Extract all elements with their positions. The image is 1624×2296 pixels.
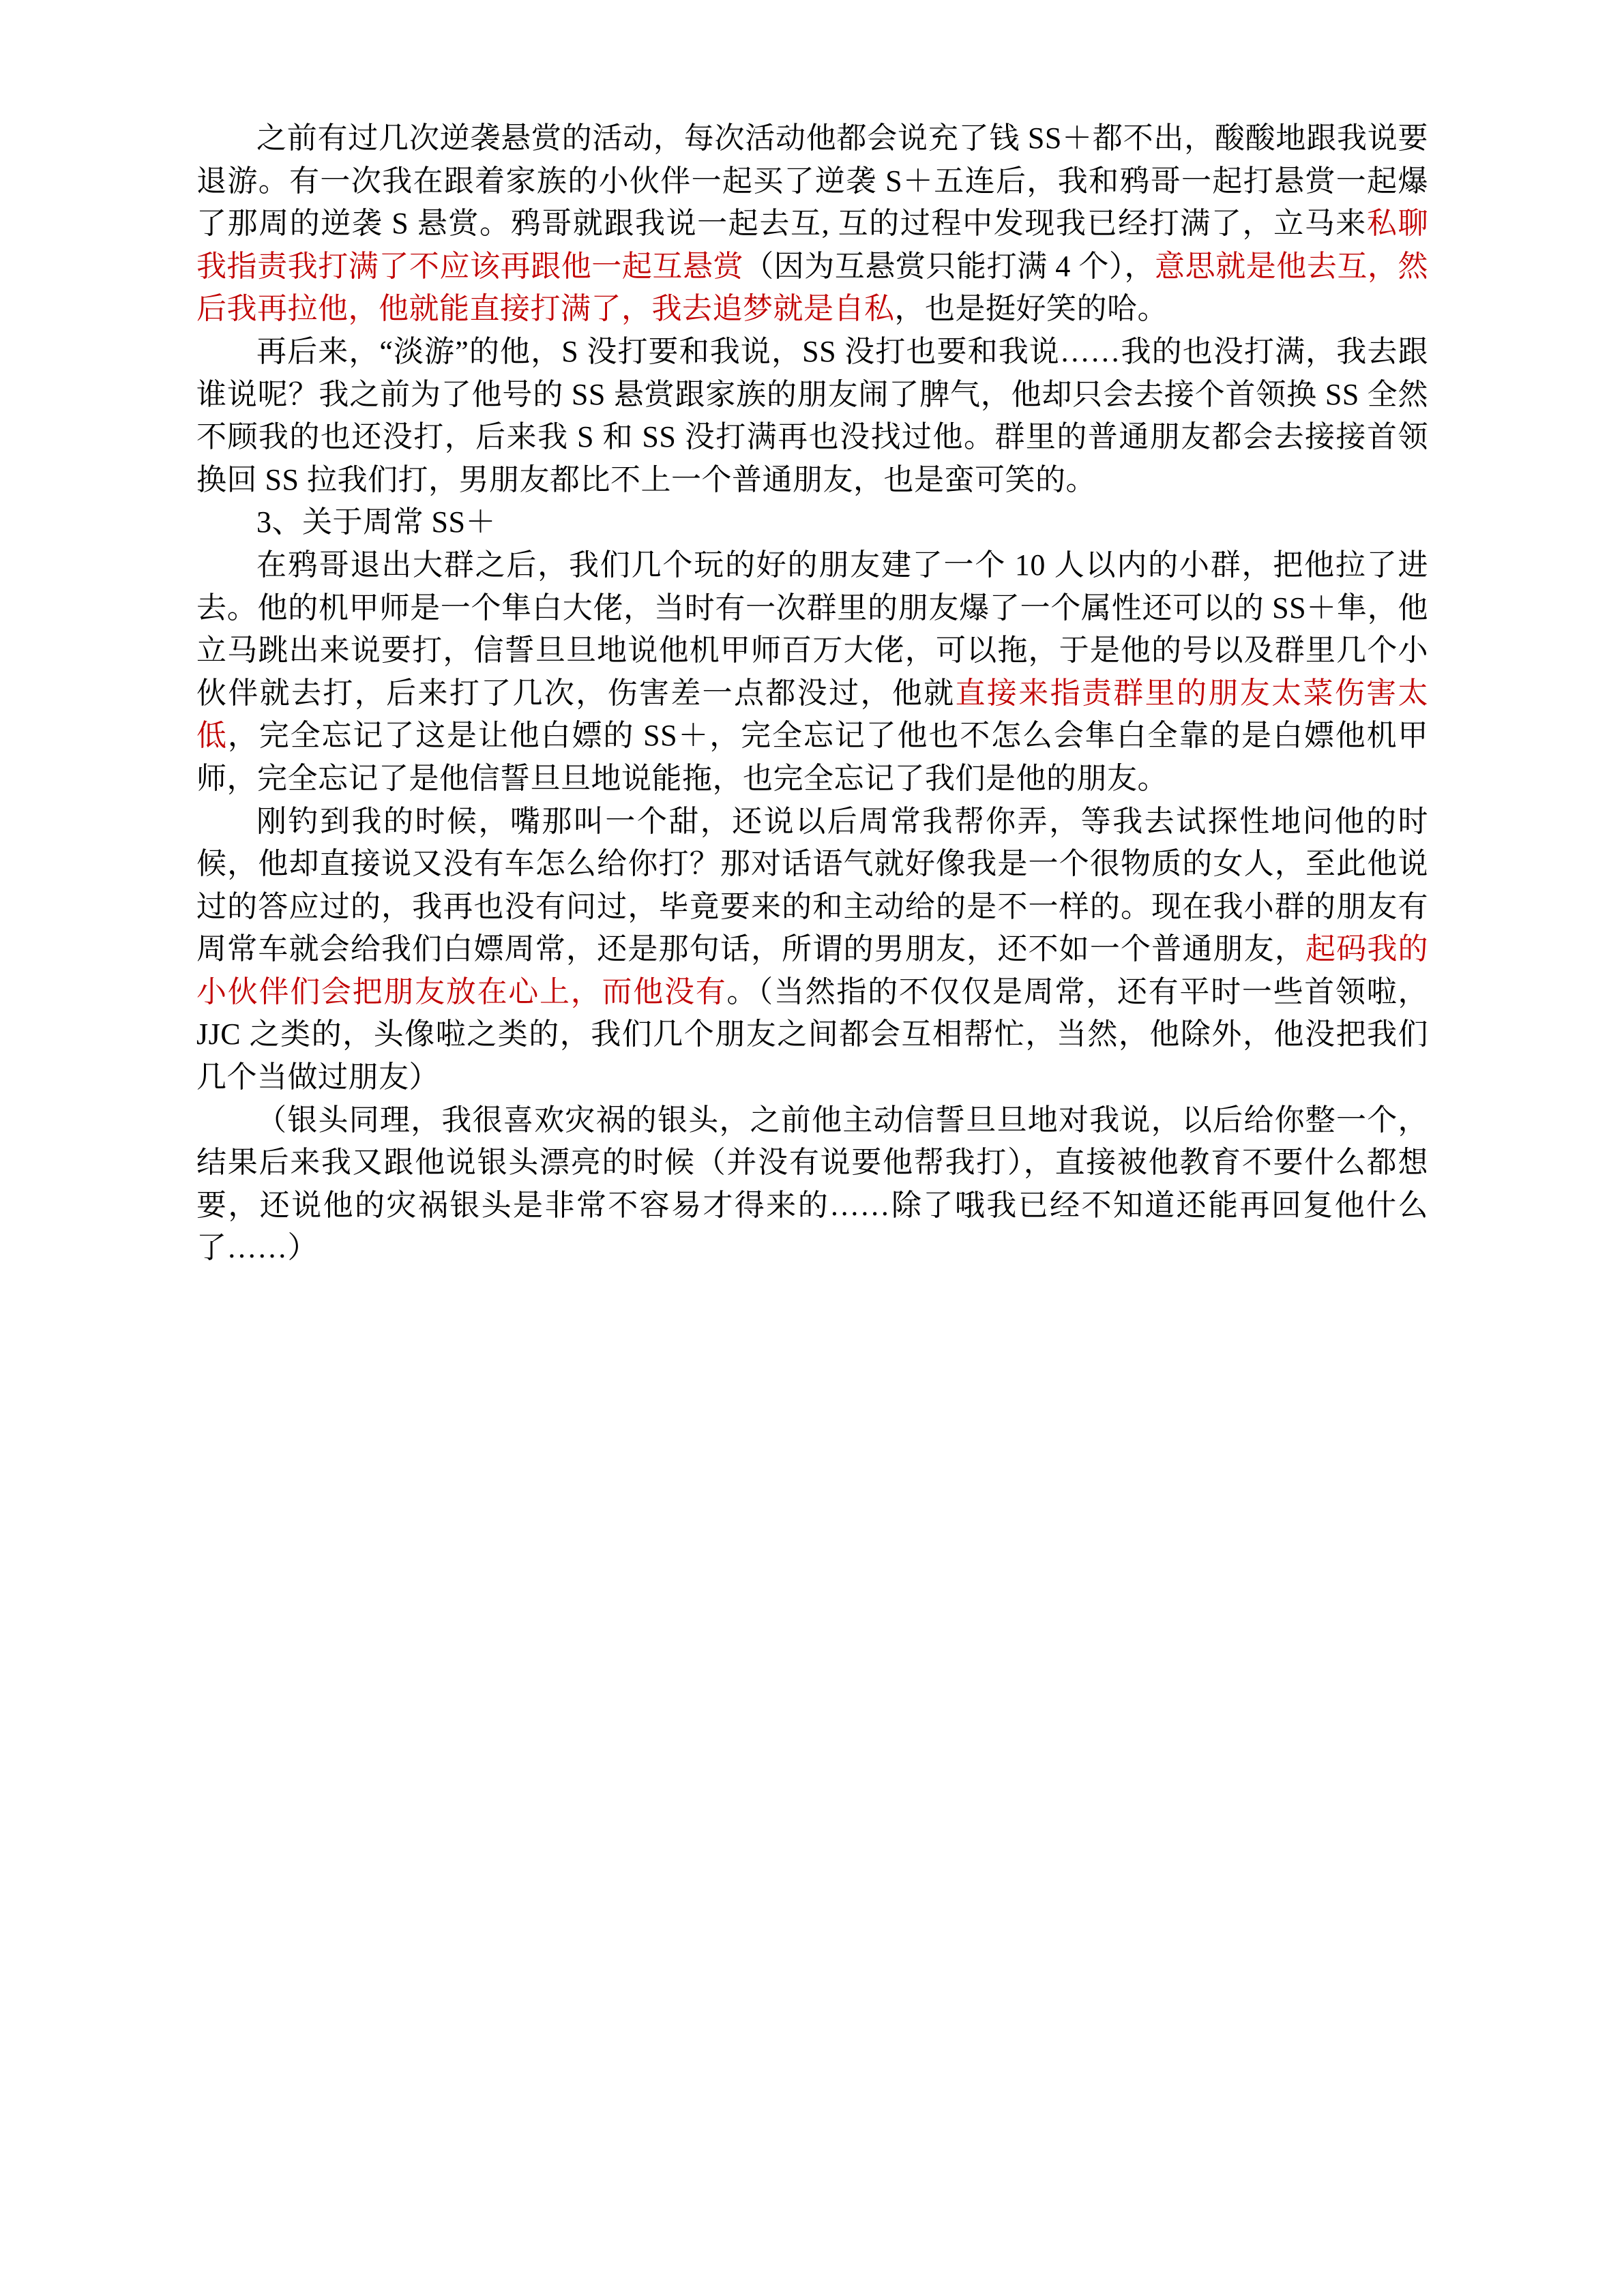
paragraph-3: 在鸦哥退出大群之后，我们几个玩的好的朋友建了一个 10 人以内的小群，把他拉了进…: [196, 544, 1428, 801]
paragraph-1: 之前有过几次逆袭悬赏的活动，每次活动他都会说充了钱 SS＋都不出，酸酸地跟我说要…: [196, 117, 1428, 331]
section-heading: 3、关于周常 SS＋: [196, 501, 1428, 544]
paragraph-2: 再后来，“淡游”的他，S 没打要和我说，SS 没打也要和我说……我的也没打满，我…: [196, 331, 1428, 501]
paragraph-5: （银头同理，我很喜欢灾祸的银头，之前他主动信誓旦旦地对我说，以后给你整一个，结果…: [196, 1099, 1428, 1270]
document-page: 之前有过几次逆袭悬赏的活动，每次活动他都会说充了钱 SS＋都不出，酸酸地跟我说要…: [0, 0, 1624, 2296]
text-run: 刚钓到我的时候，嘴那叫一个甜，还说以后周常我帮你弄，等我去试探性地问他的时候，他…: [196, 805, 1428, 966]
text-run: 之前有过几次逆袭悬赏的活动，每次活动他都会说充了钱 SS＋都不出，酸酸地跟我说要…: [196, 121, 1428, 240]
text-run: 再后来，“淡游”的他，S 没打要和我说，SS 没打也要和我说……我的也没打满，我…: [196, 335, 1428, 496]
text-run: （因为互悬赏只能打满 4 个），: [743, 250, 1155, 283]
text-run: ，完全忘记了这是让他白嫖的 SS＋，完全忘记了他也不怎么会隼白全靠的是白嫖他机甲…: [196, 719, 1428, 795]
document-body: 之前有过几次逆袭悬赏的活动，每次活动他都会说充了钱 SS＋都不出，酸酸地跟我说要…: [196, 117, 1428, 1270]
paragraph-4: 刚钓到我的时候，嘴那叫一个甜，还说以后周常我帮你弄，等我去试探性地问他的时候，他…: [196, 801, 1428, 1099]
text-run: （银头同理，我很喜欢灾祸的银头，之前他主动信誓旦旦地对我说，以后给你整一个，结果…: [196, 1103, 1428, 1265]
text-run: ，也是挺好笑的哈。: [895, 292, 1168, 325]
text-run: 3、关于周常 SS＋: [256, 505, 496, 539]
